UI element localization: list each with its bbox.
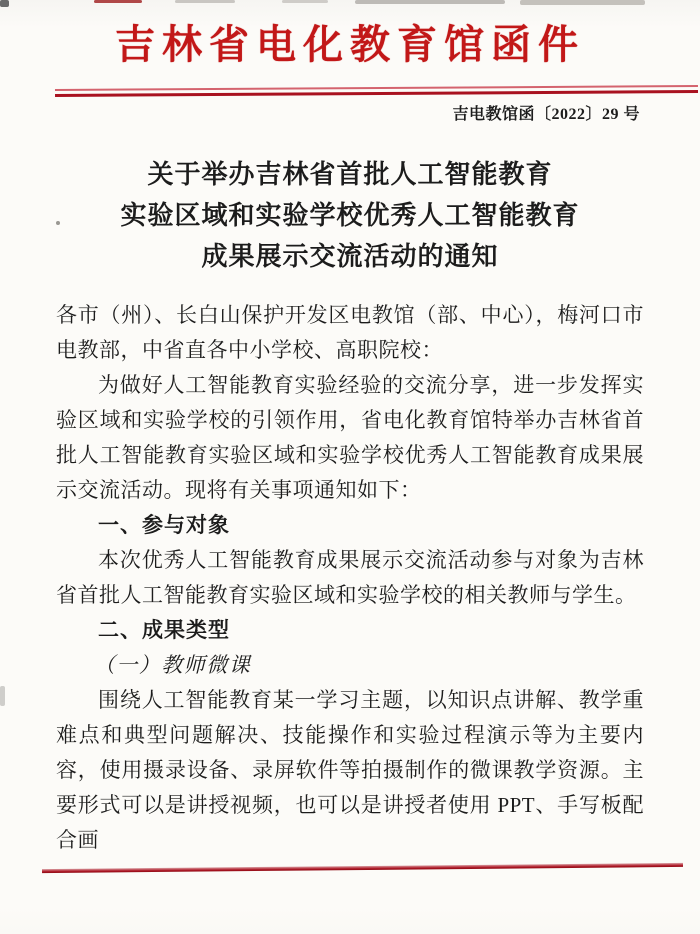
body-salutation: 各市（州）、长白山保护开发区电教馆（部、中心），梅河口市电教部，中省直各中小学校… [56,298,644,368]
scan-artifact [0,686,5,706]
document-number: 吉电教馆函〔2022〕29 号 [0,101,700,124]
document-body: 各市（州）、长白山保护开发区电教馆（部、中心），梅河口市电教部，中省直各中小学校… [56,298,644,858]
scan-artifact [56,221,60,225]
footer-rule [42,863,683,873]
body-para: 本次优秀人工智能教育成果展示交流活动参与对象为吉林省首批人工智能教育实验区域和实… [56,543,644,613]
body-subheading: （一）教师微课 [56,648,644,683]
scan-artifact [282,0,328,3]
document-title-line: 关于举办吉林省首批人工智能教育 [0,154,700,195]
document-title-line: 实验区域和实验学校优秀人工智能教育 [0,195,700,236]
document-masthead: 吉林省电化教育馆函件 [0,21,700,69]
scan-artifact [520,0,645,5]
header-rule [55,85,698,97]
scan-artifact [94,0,142,3]
body-heading: 二、成果类型 [56,613,644,648]
body-heading: 一、参与对象 [56,508,644,543]
document-title-line: 成果展示交流活动的通知 [0,236,700,277]
scan-artifact [175,0,235,3]
scan-artifact [0,0,9,7]
body-para: 围绕人工智能教育某一学习主题，以知识点讲解、教学重难点和典型问题解决、技能操作和… [56,683,644,858]
document-title: 关于举办吉林省首批人工智能教育 实验区域和实验学校优秀人工智能教育 成果展示交流… [0,154,700,277]
scan-artifact [355,0,505,4]
document-page: 吉林省电化教育馆函件 吉电教馆函〔2022〕29 号 关于举办吉林省首批人工智能… [0,0,700,934]
body-para: 为做好人工智能教育实验经验的交流分享，进一步发挥实验区域和实验学校的引领作用，省… [56,368,644,508]
